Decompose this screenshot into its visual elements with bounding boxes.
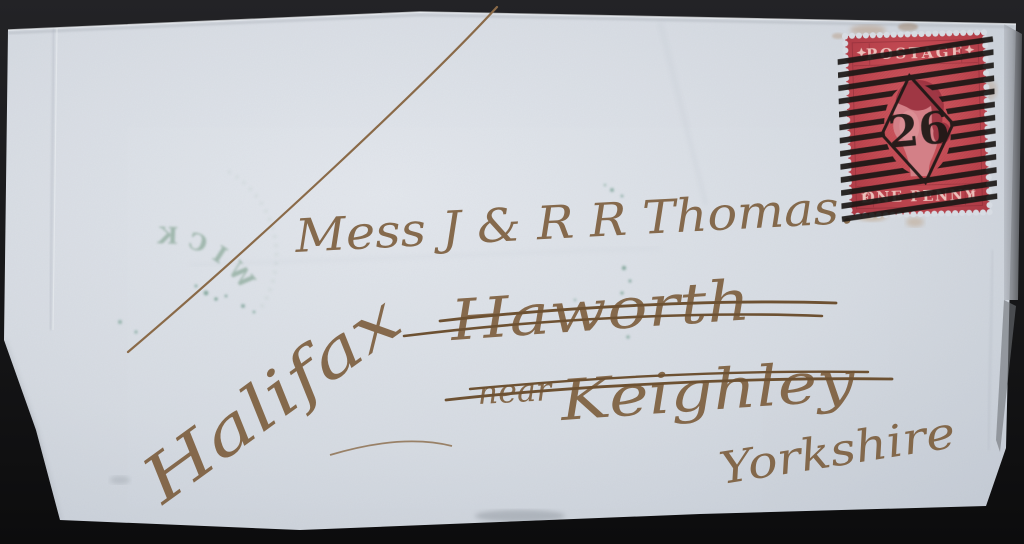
penny-red-stamp: POSTAGE ONE PENNY F I 26: [818, 32, 1017, 223]
photo-background: WICK Mess J & R R Thomas. Haworth near K…: [0, 0, 1024, 544]
cancel-numeral: 26: [886, 102, 952, 159]
envelope-photo: WICK Mess J & R R Thomas. Haworth near K…: [0, 0, 1024, 544]
